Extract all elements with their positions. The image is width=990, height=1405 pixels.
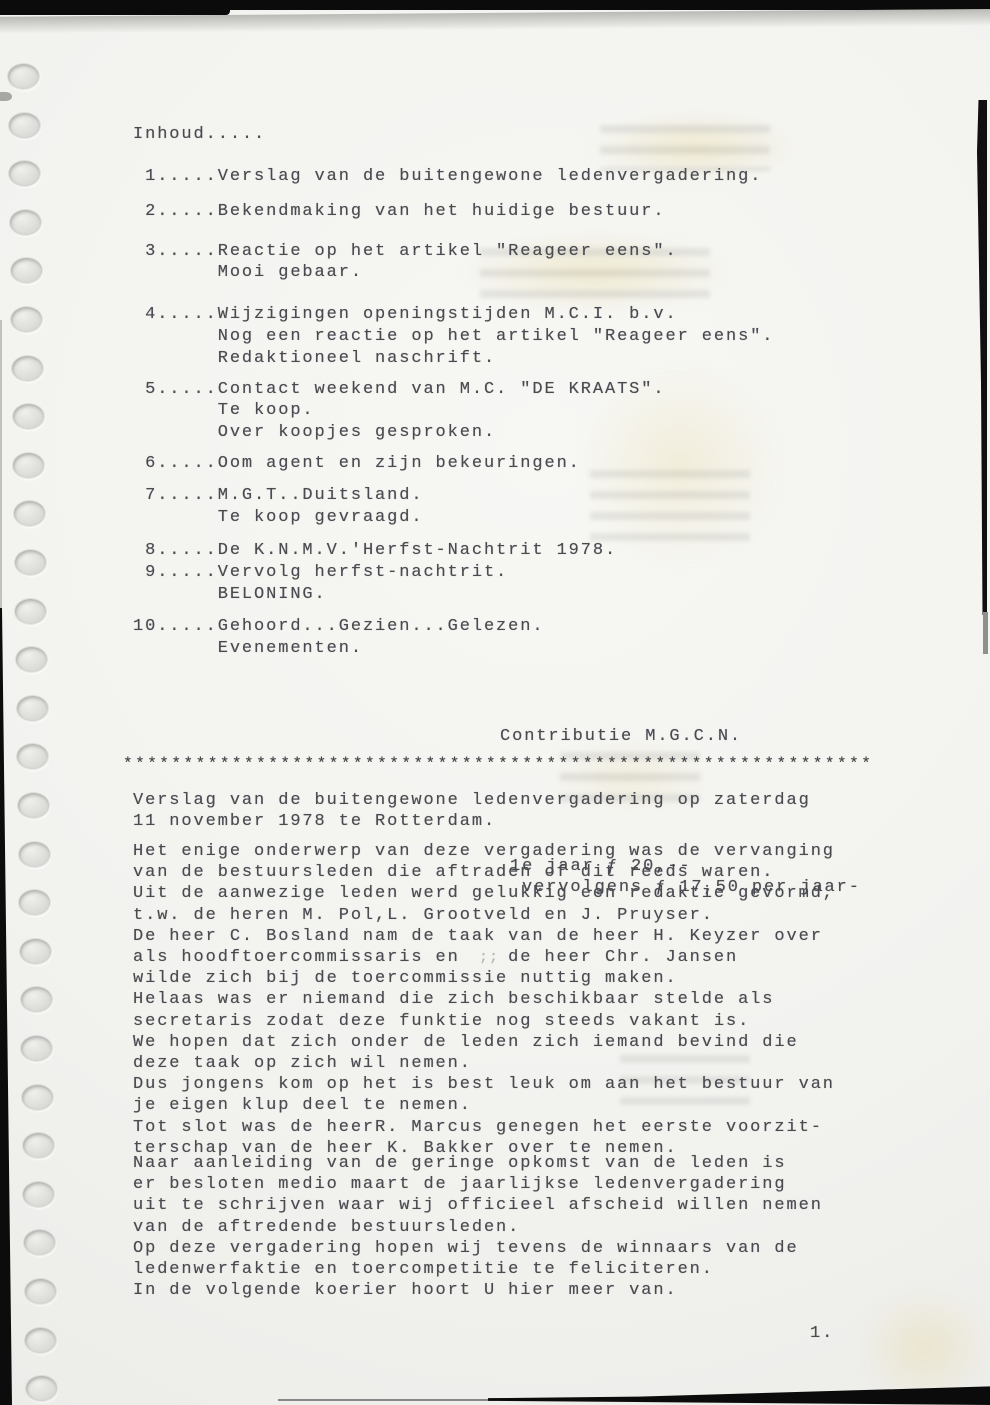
table-of-contents: 1.....Verslag van de buitengewone ledenv… (133, 166, 774, 659)
toc-item-number: 1..... (133, 166, 218, 188)
text-line: uit te schrijven waar wij officieel afsc… (133, 1195, 823, 1216)
text-line: Over koopjes gesproken. (218, 422, 666, 444)
toc-item-number: 6..... (133, 453, 218, 475)
text-line: Contact weekend van M.C. "DE KRAATS". (218, 379, 666, 401)
binder-hole (9, 113, 40, 138)
binder-hole (25, 1279, 56, 1304)
toc-item-text: Wijzigingen openingstijden M.C.I. b.v.No… (218, 304, 775, 369)
page-title: Inhoud..... (133, 124, 266, 146)
binder-hole (17, 744, 48, 769)
binder-hole (26, 1376, 57, 1401)
text-line: Het enige onderwerp van deze vergadering… (133, 841, 835, 862)
toc-item-text: Oom agent en zijn bekeuringen. (218, 453, 581, 475)
toc-item: 4.....Wijzigingen openingstijden M.C.I. … (133, 304, 774, 369)
text-line: t.w. de heren M. Pol,L. Grootveld en J. … (133, 905, 835, 926)
text-line: er besloten medio maart de jaarlijkse le… (133, 1174, 823, 1195)
text-line: ledenwerfaktie en toercompetitie te feli… (133, 1259, 823, 1280)
scanner-edge-top (0, 0, 990, 10)
toc-item-text: Gehoord...Gezien...Gelezen.Evenementen. (218, 616, 545, 660)
text-line: deze taak op zich wil nemen. (133, 1053, 835, 1074)
text-line: 11 november 1978 te Rotterdam. (133, 811, 811, 832)
scanner-edge-bottom (488, 1386, 990, 1405)
paper-tear-mark (0, 92, 12, 101)
text-line: van de bestuursleden die aftraden of dit… (133, 862, 835, 883)
text-line: Uit de aanwezige leden werd gelukkig een… (133, 883, 835, 904)
toc-item-number: 2..... (133, 201, 218, 223)
binder-hole (19, 890, 50, 915)
binder-hole (19, 842, 50, 867)
text-line: Te koop gevraagd. (218, 507, 424, 529)
toc-item: 9.....Vervolg herfst-nachtrit.BELONING. (133, 562, 774, 606)
toc-item-text: Contact weekend van M.C. "DE KRAATS".Te … (218, 379, 666, 444)
binder-hole (15, 599, 46, 624)
toc-item: 8.....De K.N.M.V.'Herfst-Nachtrit 1978. (133, 540, 774, 562)
text-line: Wijzigingen openingstijden M.C.I. b.v. (218, 304, 775, 326)
toc-item-text: Reactie op het artikel "Reageer eens".Mo… (218, 241, 678, 285)
text-line: Reactie op het artikel "Reageer eens". (218, 241, 678, 263)
toc-item: 5.....Contact weekend van M.C. "DE KRAAT… (133, 379, 774, 444)
report-heading-paragraph: Verslag van de buitengewone ledenvergade… (133, 790, 811, 832)
scanned-newsletter-page: { "document": { "heading": "Inhoud....."… (0, 0, 990, 1405)
text-line: In de volgende koerier hoort U hier meer… (133, 1280, 823, 1301)
binder-hole (23, 1182, 54, 1207)
text-line: Oom agent en zijn bekeuringen. (218, 453, 581, 475)
binder-hole (10, 210, 41, 235)
toc-item-text: De K.N.M.V.'Herfst-Nachtrit 1978. (218, 540, 617, 562)
page-edge-bottom-line (278, 1399, 493, 1401)
scanner-edge-top-left (0, 0, 230, 15)
text-line: BELONING. (218, 584, 508, 606)
binder-hole (11, 258, 42, 283)
toc-item: 10.....Gehoord...Gezien...Gelezen.Evenem… (133, 616, 774, 660)
toc-item-number: 10..... (133, 616, 218, 660)
toc-item-number: 5..... (133, 379, 218, 444)
text-line: De K.N.M.V.'Herfst-Nachtrit 1978. (218, 540, 617, 562)
announcement-paragraph: Naar aanleiding van de geringe opkomst v… (133, 1153, 823, 1301)
toc-item: 2.....Bekendmaking van het huidige bestu… (133, 201, 774, 223)
asterisk-divider: ****************************************… (123, 754, 873, 775)
text-line: Naar aanleiding van de geringe opkomst v… (133, 1153, 823, 1174)
binder-hole (14, 501, 45, 526)
text-line: De heer C. Bosland nam de taak van de he… (133, 926, 835, 947)
binder-hole (23, 1133, 54, 1158)
toc-item: 3.....Reactie op het artikel "Reageer ee… (133, 241, 774, 285)
toc-item: 6.....Oom agent en zijn bekeuringen. (133, 453, 774, 475)
bleed-through-artifact (600, 125, 770, 171)
toc-item-text: Bekendmaking van het huidige bestuur. (218, 201, 666, 223)
page-number: 1. (810, 1323, 834, 1345)
scanner-edge-right-tail (983, 612, 988, 654)
text-line: Mooi gebaar. (218, 262, 678, 284)
toc-item-text: M.G.T..Duitsland.Te koop gevraagd. (218, 485, 424, 529)
text-line: Gehoord...Gezien...Gelezen. (218, 616, 545, 638)
erased-word-artifact: ;; (479, 947, 499, 969)
text-line: wilde zich bij de toercommissie nuttig m… (133, 968, 835, 989)
text-line: Bekendmaking van het huidige bestuur. (218, 201, 666, 223)
binder-hole (22, 1085, 53, 1110)
toc-item-number: 4..... (133, 304, 218, 369)
binder-hole (21, 987, 52, 1012)
binder-hole (18, 793, 49, 818)
scanner-edge-left (0, 608, 12, 1405)
binder-hole (17, 696, 48, 721)
toc-item-number: 3..... (133, 241, 218, 285)
scanner-edge-right (977, 100, 987, 615)
text-line: Vervolg herfst-nachtrit. (218, 562, 508, 584)
text-line: je eigen klup deel te nemen. (133, 1095, 835, 1116)
binder-hole (8, 64, 39, 89)
text-line: Tot slot was de heerR. Marcus genegen he… (133, 1117, 835, 1138)
toc-item-number: 9..... (133, 562, 218, 606)
contribution-heading: Contributie M.G.C.N. (500, 726, 861, 748)
binder-hole (20, 939, 51, 964)
binder-hole (9, 161, 40, 186)
text-line: We hopen dat zich onder de leden zich ie… (133, 1032, 835, 1053)
text-line: Nog een reactie op het artikel "Reageer … (218, 326, 775, 348)
text-line: M.G.T..Duitsland. (218, 485, 424, 507)
binder-hole (25, 1328, 56, 1353)
binder-hole (16, 647, 47, 672)
text-line: Evenementen. (218, 638, 545, 660)
binder-hole (21, 1036, 52, 1061)
page-edge-shadow (0, 9, 990, 34)
toc-item-number: 7..... (133, 485, 218, 529)
binder-hole (12, 356, 43, 381)
binder-hole (13, 404, 44, 429)
text-line: van de aftredende bestuursleden. (133, 1217, 823, 1238)
binder-hole (13, 453, 44, 478)
toc-item-text: Vervolg herfst-nachtrit.BELONING. (218, 562, 508, 606)
text-line: Te koop. (218, 400, 666, 422)
text-line: Op deze vergadering hopen wij tevens de … (133, 1238, 823, 1259)
toc-item-number: 8..... (133, 540, 218, 562)
text-line: secretaris zodat deze funktie nog steeds… (133, 1011, 835, 1032)
report-body-paragraph: Het enige onderwerp van deze vergadering… (133, 841, 835, 1159)
binder-hole (24, 1230, 55, 1255)
text-line: Redaktioneel naschrift. (218, 348, 775, 370)
binder-hole (11, 307, 42, 332)
page-edge-left-line (0, 320, 2, 620)
text-line: Helaas was er niemand die zich beschikba… (133, 989, 835, 1010)
text-line: Verslag van de buitengewone ledenvergade… (218, 166, 763, 188)
text-line: Dus jongens kom op het is best leuk om a… (133, 1074, 835, 1095)
toc-item-text: Verslag van de buitengewone ledenvergade… (218, 166, 763, 188)
toc-item: 7.....M.G.T..Duitsland.Te koop gevraagd. (133, 485, 774, 529)
text-line: Verslag van de buitengewone ledenvergade… (133, 790, 811, 811)
bleed-through-artifact (855, 1285, 990, 1405)
toc-item: 1.....Verslag van de buitengewone ledenv… (133, 166, 774, 188)
binder-hole (15, 550, 46, 575)
